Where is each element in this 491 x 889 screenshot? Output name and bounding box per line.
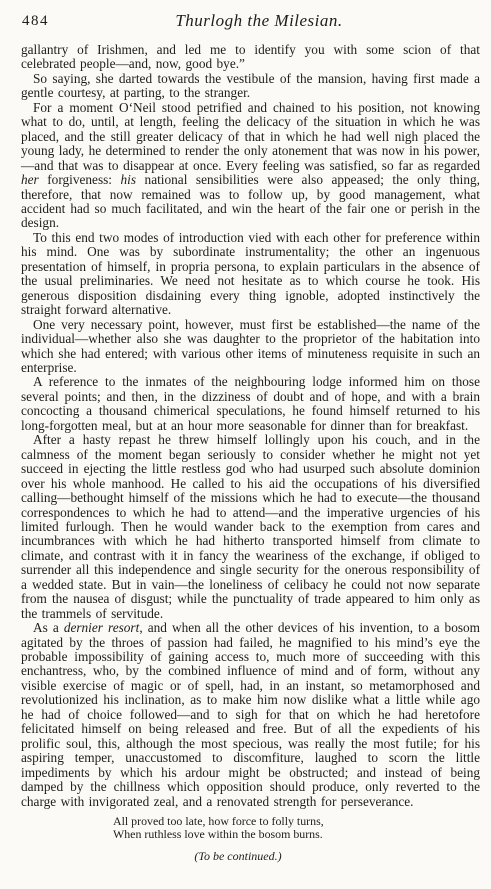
book-page: 484 Thurlogh the Milesian. gallantry of … bbox=[0, 0, 491, 889]
running-title: Thurlogh the Milesian. bbox=[30, 11, 488, 31]
paragraph: A reference to the inmates of the neighb… bbox=[21, 375, 480, 433]
paragraph: As a dernier resort, and when all the ot… bbox=[21, 621, 480, 809]
paragraph: After a hasty repast he threw himself lo… bbox=[21, 433, 480, 621]
paragraph: gallantry of Irishmen, and led me to ide… bbox=[21, 43, 480, 72]
paragraph: For a moment O‘Neil stood petrified and … bbox=[21, 101, 480, 231]
paragraph: To this end two modes of introduction vi… bbox=[21, 231, 480, 318]
page-header: 484 Thurlogh the Milesian. bbox=[21, 10, 479, 36]
continuation-note: (To be continued.) bbox=[9, 849, 467, 864]
paragraph: So saying, she darted towards the vestib… bbox=[21, 72, 480, 101]
body-text: gallantry of Irishmen, and led me to ide… bbox=[21, 43, 480, 809]
paragraph: One very necessary point, however, must … bbox=[21, 318, 480, 376]
verse-block: All proved too late, how force to folly … bbox=[113, 815, 324, 841]
verse-line: When ruthless love within the bosom burn… bbox=[113, 828, 324, 841]
